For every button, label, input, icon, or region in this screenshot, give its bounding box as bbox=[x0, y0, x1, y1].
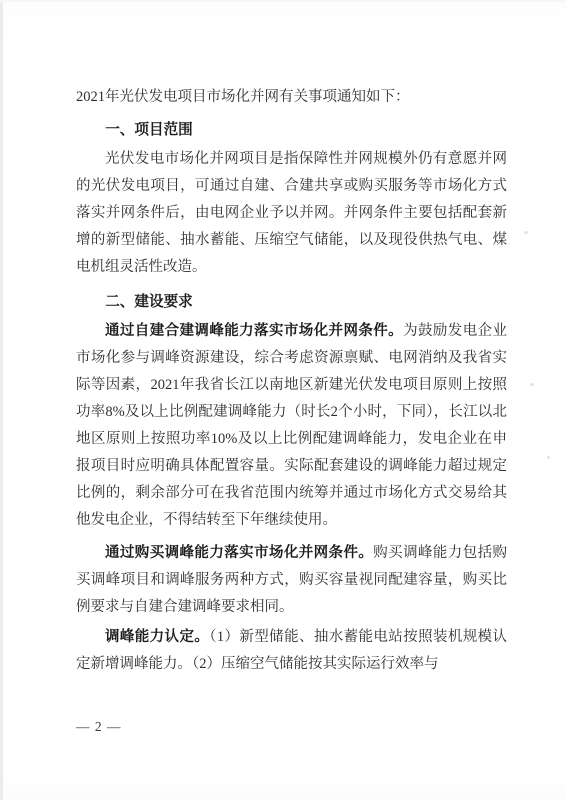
scan-speck bbox=[530, 383, 534, 386]
emphasized-text: 调峰能力认定。 bbox=[105, 629, 209, 645]
paragraph: 光伏发电市场化并网项目是指保障性并网规模外仍有意愿并网的光伏发电项目，可通过自建… bbox=[76, 146, 507, 281]
scan-speck bbox=[524, 231, 528, 234]
emphasized-text: 二、建设要求 bbox=[105, 294, 193, 310]
emphasized-text: 通过自建合建调峰能力落实市场化并网条件。 bbox=[105, 323, 403, 339]
section-heading: 二、建设要求 bbox=[76, 289, 507, 316]
document-blocks: 2021年光伏发电项目市场化并网有关事项通知如下：一、项目范围光伏发电市场化并网… bbox=[76, 84, 507, 678]
scan-speck bbox=[547, 456, 550, 459]
section-heading: 一、项目范围 bbox=[76, 117, 507, 144]
page-number: — 2 — bbox=[76, 716, 122, 738]
emphasized-text: 通过购买调峰能力落实市场化并网条件。 bbox=[105, 545, 373, 561]
paragraph: 调峰能力认定。（1）新型储能、抽水蓄能电站按照装机规模认定新增调峰能力。（2）压… bbox=[76, 624, 507, 678]
body-text: 2021年光伏发电项目市场化并网有关事项通知如下： bbox=[76, 89, 410, 105]
scanned-document-page: 2021年光伏发电项目市场化并网有关事项通知如下：一、项目范围光伏发电市场化并网… bbox=[0, 0, 566, 800]
page-top-edge bbox=[0, 0, 566, 2]
body-text: 为鼓励发电企业市场化参与调峰资源建设，综合考虑资源禀赋、电网消纳及我省实际等因素… bbox=[76, 323, 507, 528]
page-left-edge bbox=[0, 0, 3, 800]
continuation-line: 2021年光伏发电项目市场化并网有关事项通知如下： bbox=[76, 84, 507, 111]
paragraph: 通过购买调峰能力落实市场化并网条件。购买调峰能力包括购买调峰项目和调峰服务两种方… bbox=[76, 540, 507, 621]
emphasized-text: 一、项目范围 bbox=[105, 122, 193, 138]
paragraph: 通过自建合建调峰能力落实市场化并网条件。为鼓励发电企业市场化参与调峰资源建设，综… bbox=[76, 318, 507, 534]
body-text: 光伏发电市场化并网项目是指保障性并网规模外仍有意愿并网的光伏发电项目，可通过自建… bbox=[76, 151, 507, 275]
